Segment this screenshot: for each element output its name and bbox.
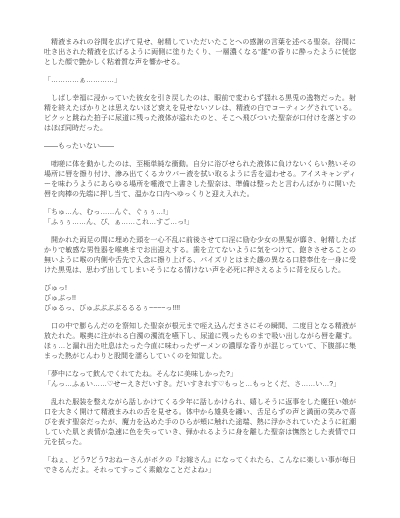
text-line: びゅっ! bbox=[44, 284, 356, 294]
narration-paragraph: 乱れた服装を整えながら話しかけてくる少年に話しかけられ、嬉しそうに返事をした魔狂… bbox=[44, 398, 356, 448]
text-line: 「ちゅ…ん、むっ……んぐ、ぐぅぅ…!」 bbox=[44, 208, 356, 218]
text-line: 「んっ…ふぁい……♡せーえきだいすき。だいすきれす♡もっと…もっとくだ、さ……い… bbox=[44, 380, 356, 390]
dialogue-block: 「ちゅ…ん、むっ……んぐ、ぐぅぅ…!」「ふぅぅ……ん、ぴ、ぁ……これ…すご…っ!… bbox=[44, 208, 356, 228]
thought-block: ――もったいない―― bbox=[44, 142, 356, 152]
narration-paragraph: 口の中で膨らんだのを察知した聖奈が根元まで咥え込んだまさにその瞬間、二度目となる… bbox=[44, 322, 356, 362]
novel-page: 精液まみれの谷間を広げて見せ、射精していただいたことへの感謝の言葉を述べる聖奈。… bbox=[0, 0, 400, 518]
narration-paragraph: 開かれた両足の間に埋めた頭を一心不乱に前後させて口淫に励む少女の黒髪が靡き、射精… bbox=[44, 236, 356, 276]
dialogue-block: 「ねぇ、どう?どう?おねーさんがボクの『お嫁さん』になってくれたら、こんなに楽し… bbox=[44, 456, 356, 476]
text-line: びゅるっ、びゅぶぶぶぶるるるぅ~~~~っ!!!! bbox=[44, 304, 356, 314]
text-line: びゅぶっ!! bbox=[44, 294, 356, 304]
text-line: 「夢中になって飲んでくれてたね。そんなに美味しかった?」 bbox=[44, 370, 356, 380]
text-line: 「ねぇ、どう?どう?おねーさんがボクの『お嫁さん』になってくれたら、こんなに楽し… bbox=[44, 456, 356, 476]
text-line: 「ふぅぅ……ん、ぴ、ぁ……これ…すご…っ!」 bbox=[44, 218, 356, 228]
text-line: 「…………ぁ…………」 bbox=[44, 76, 356, 86]
narration-paragraph: しばし幸福に浸かっていた彼女を引き戻したのは、眼前で変わらず揺れる黒兎の逸物だっ… bbox=[44, 94, 356, 134]
dialogue-block: 「夢中になって飲んでくれてたね。そんなに美味しかった?」「んっ…ふぁい……♡せー… bbox=[44, 370, 356, 390]
dialogue-block: 「…………ぁ…………」 bbox=[44, 76, 356, 86]
narration-paragraph: 咄嗟に体を動かしたのは、至極単純な衝動。自分に浴びせられた液体に負けないくらい熱… bbox=[44, 160, 356, 200]
text-line: ――もったいない―― bbox=[44, 142, 356, 152]
sfx-block: びゅっ!びゅぶっ!!びゅるっ、びゅぶぶぶぶるるるぅ~~~~っ!!!! bbox=[44, 284, 356, 314]
narration-paragraph: 精液まみれの谷間を広げて見せ、射精していただいたことへの感謝の言葉を述べる聖奈。… bbox=[44, 38, 356, 68]
document-body: 精液まみれの谷間を広げて見せ、射精していただいたことへの感謝の言葉を述べる聖奈。… bbox=[44, 38, 356, 476]
